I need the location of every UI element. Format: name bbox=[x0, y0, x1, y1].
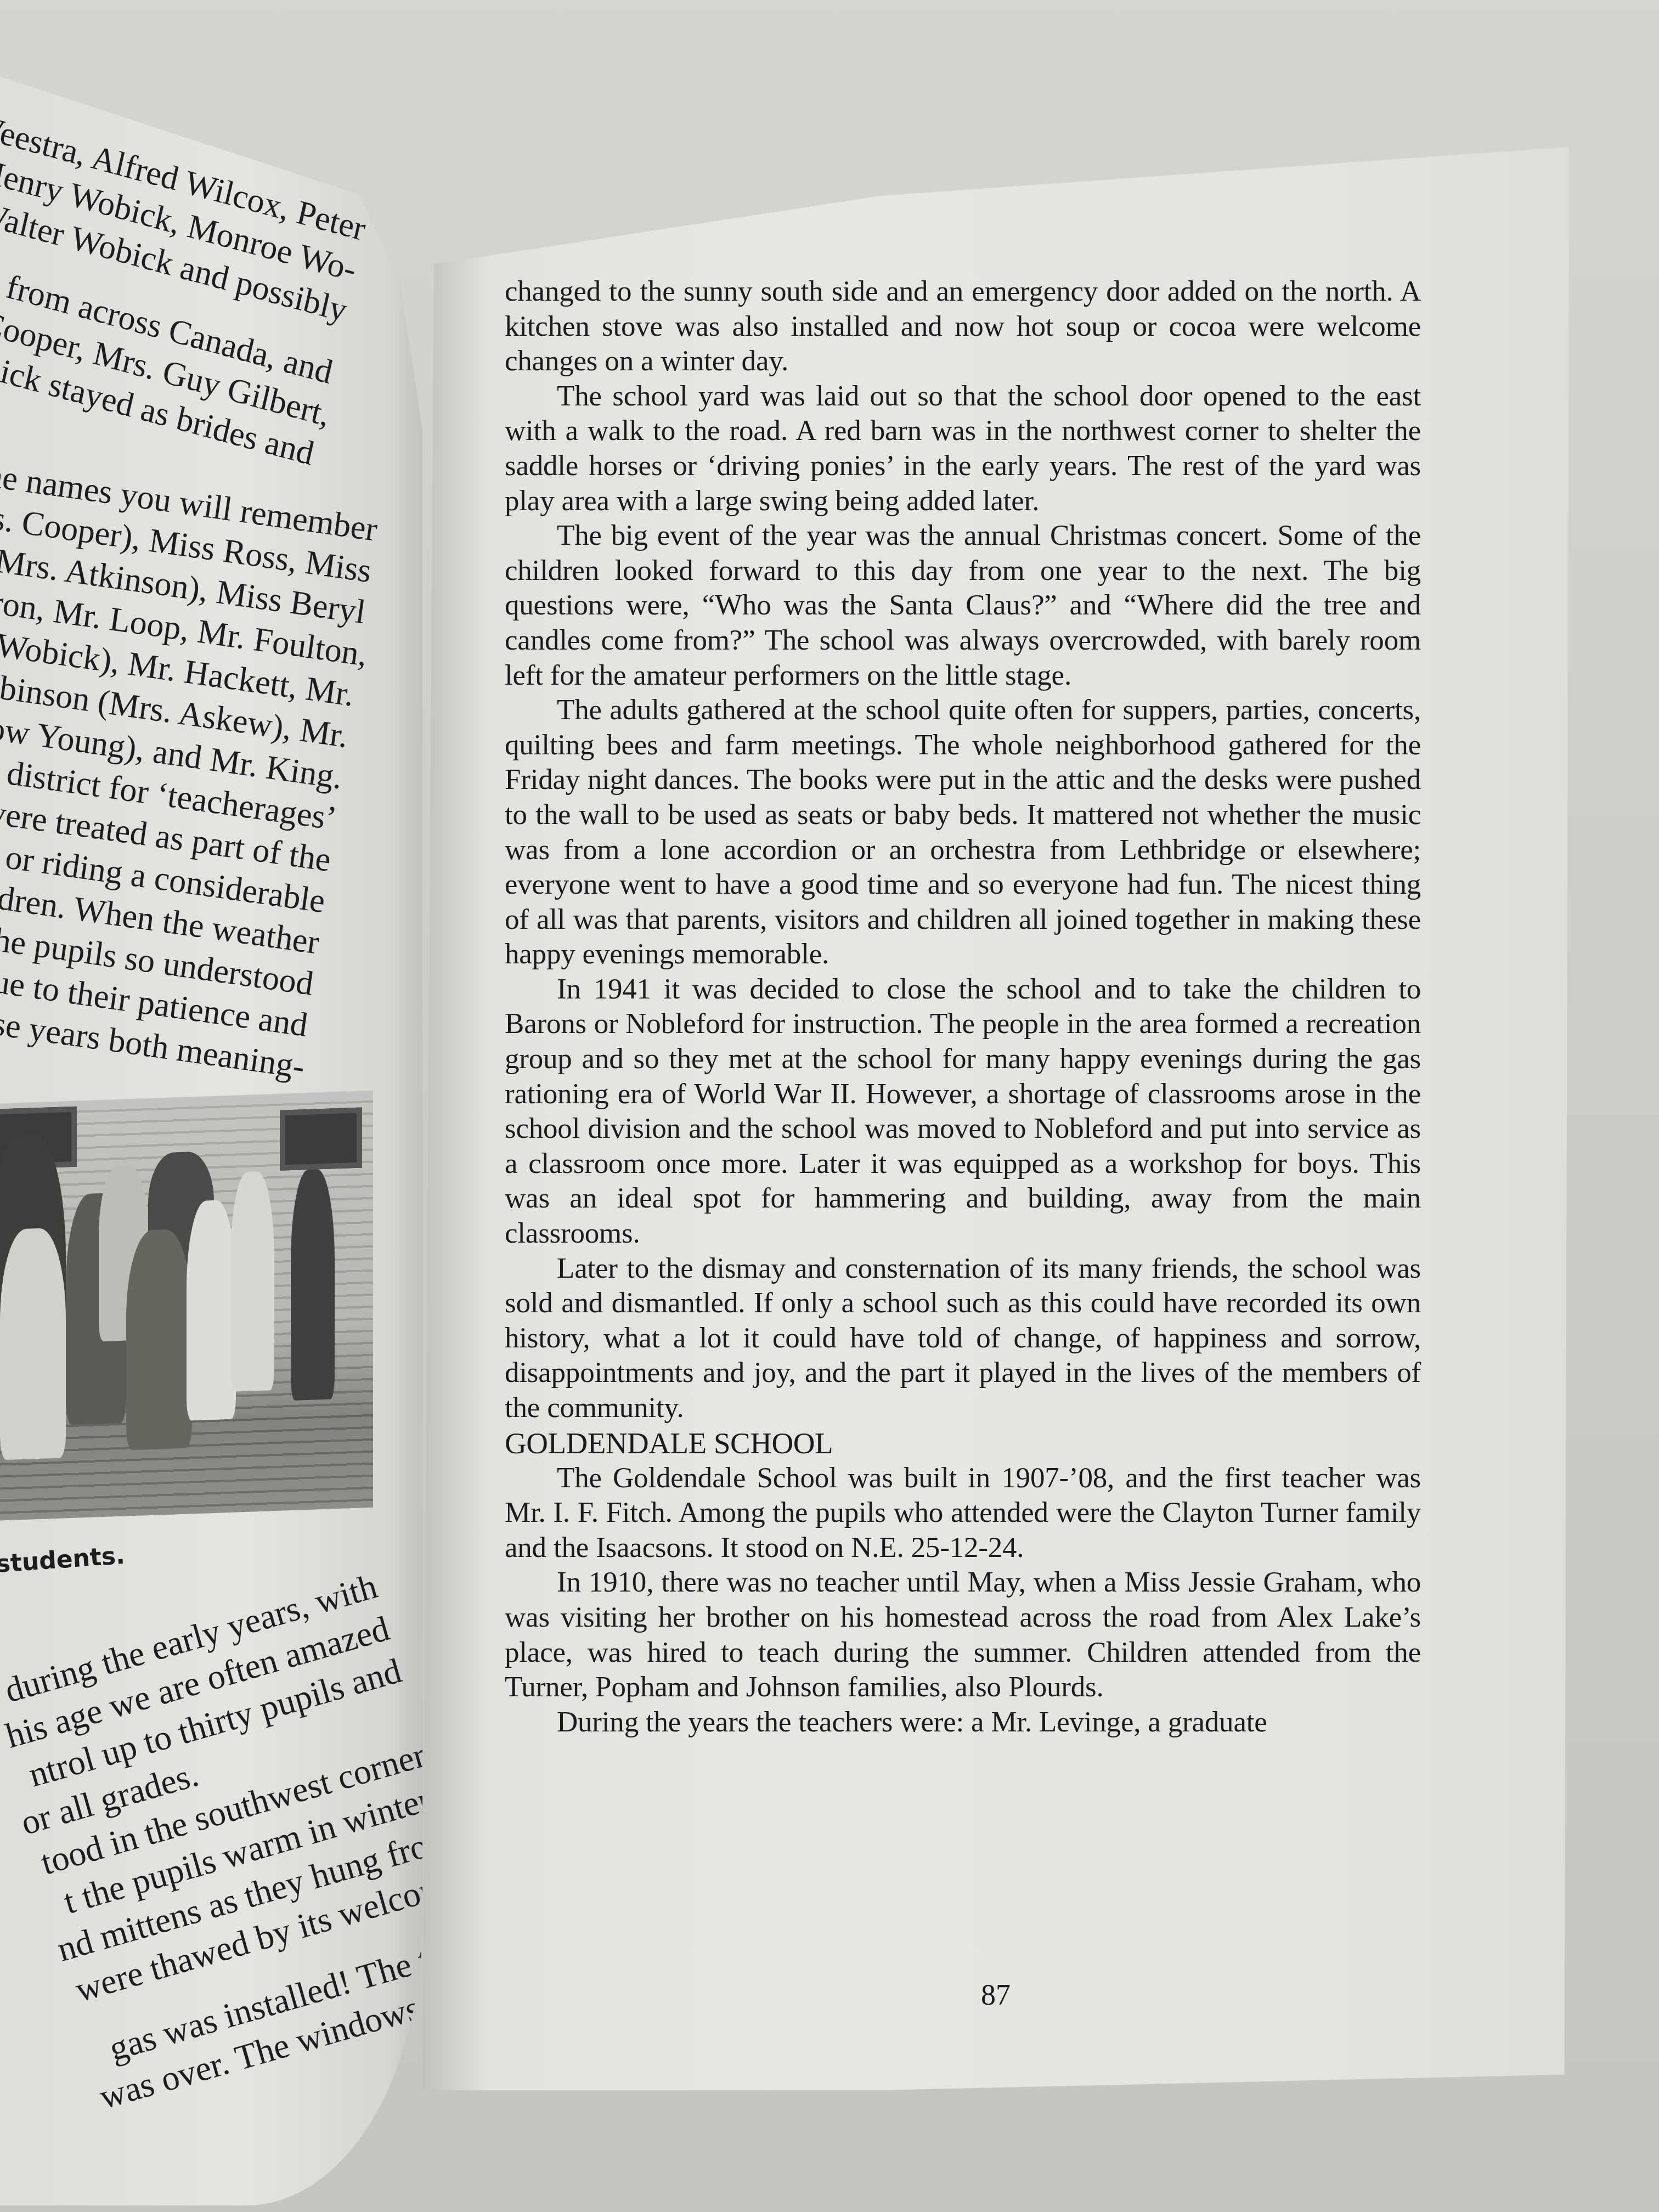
photo-person bbox=[126, 1228, 192, 1450]
paragraph: In 1941 it was decided to close the scho… bbox=[505, 972, 1421, 1251]
paragraph: The school yard was laid out so that the… bbox=[505, 379, 1421, 518]
photo-caption: ol students. bbox=[0, 1542, 126, 1581]
left-page-text-bottom: during the early years, with his age we … bbox=[0, 1564, 422, 2119]
paragraph: The big event of the year was the annual… bbox=[505, 518, 1421, 693]
paragraph: changed to the sunny south side and an e… bbox=[505, 274, 1421, 379]
section-heading: GOLDENDALE SCHOOL bbox=[505, 1426, 1421, 1461]
photo-person bbox=[230, 1171, 274, 1392]
photo-window bbox=[280, 1107, 362, 1170]
school-children-photo bbox=[0, 1091, 373, 1521]
paragraph: The adults gathered at the school quite … bbox=[505, 693, 1421, 972]
photo-person bbox=[187, 1200, 236, 1421]
right-page: changed to the sunny south side and an e… bbox=[422, 137, 1569, 2090]
photo-person bbox=[0, 1227, 66, 1460]
page-number: 87 bbox=[422, 1978, 1569, 2012]
left-page: Weestra, Alfred Wilcox, Peter k, Henry W… bbox=[0, 66, 422, 2205]
left-page-text-middle: the names you will remember Irs. Cooper)… bbox=[0, 450, 380, 1087]
paragraph: In 1910, there was no teacher until May,… bbox=[505, 1565, 1421, 1705]
paragraph: Later to the dismay and consternation of… bbox=[505, 1251, 1421, 1426]
paragraph: During the years the teachers were: a Mr… bbox=[505, 1705, 1421, 1740]
right-page-body: changed to the sunny south side and an e… bbox=[505, 274, 1421, 1740]
photo-person bbox=[291, 1169, 335, 1401]
paragraph: The Goldendale School was built in 1907-… bbox=[505, 1461, 1421, 1566]
